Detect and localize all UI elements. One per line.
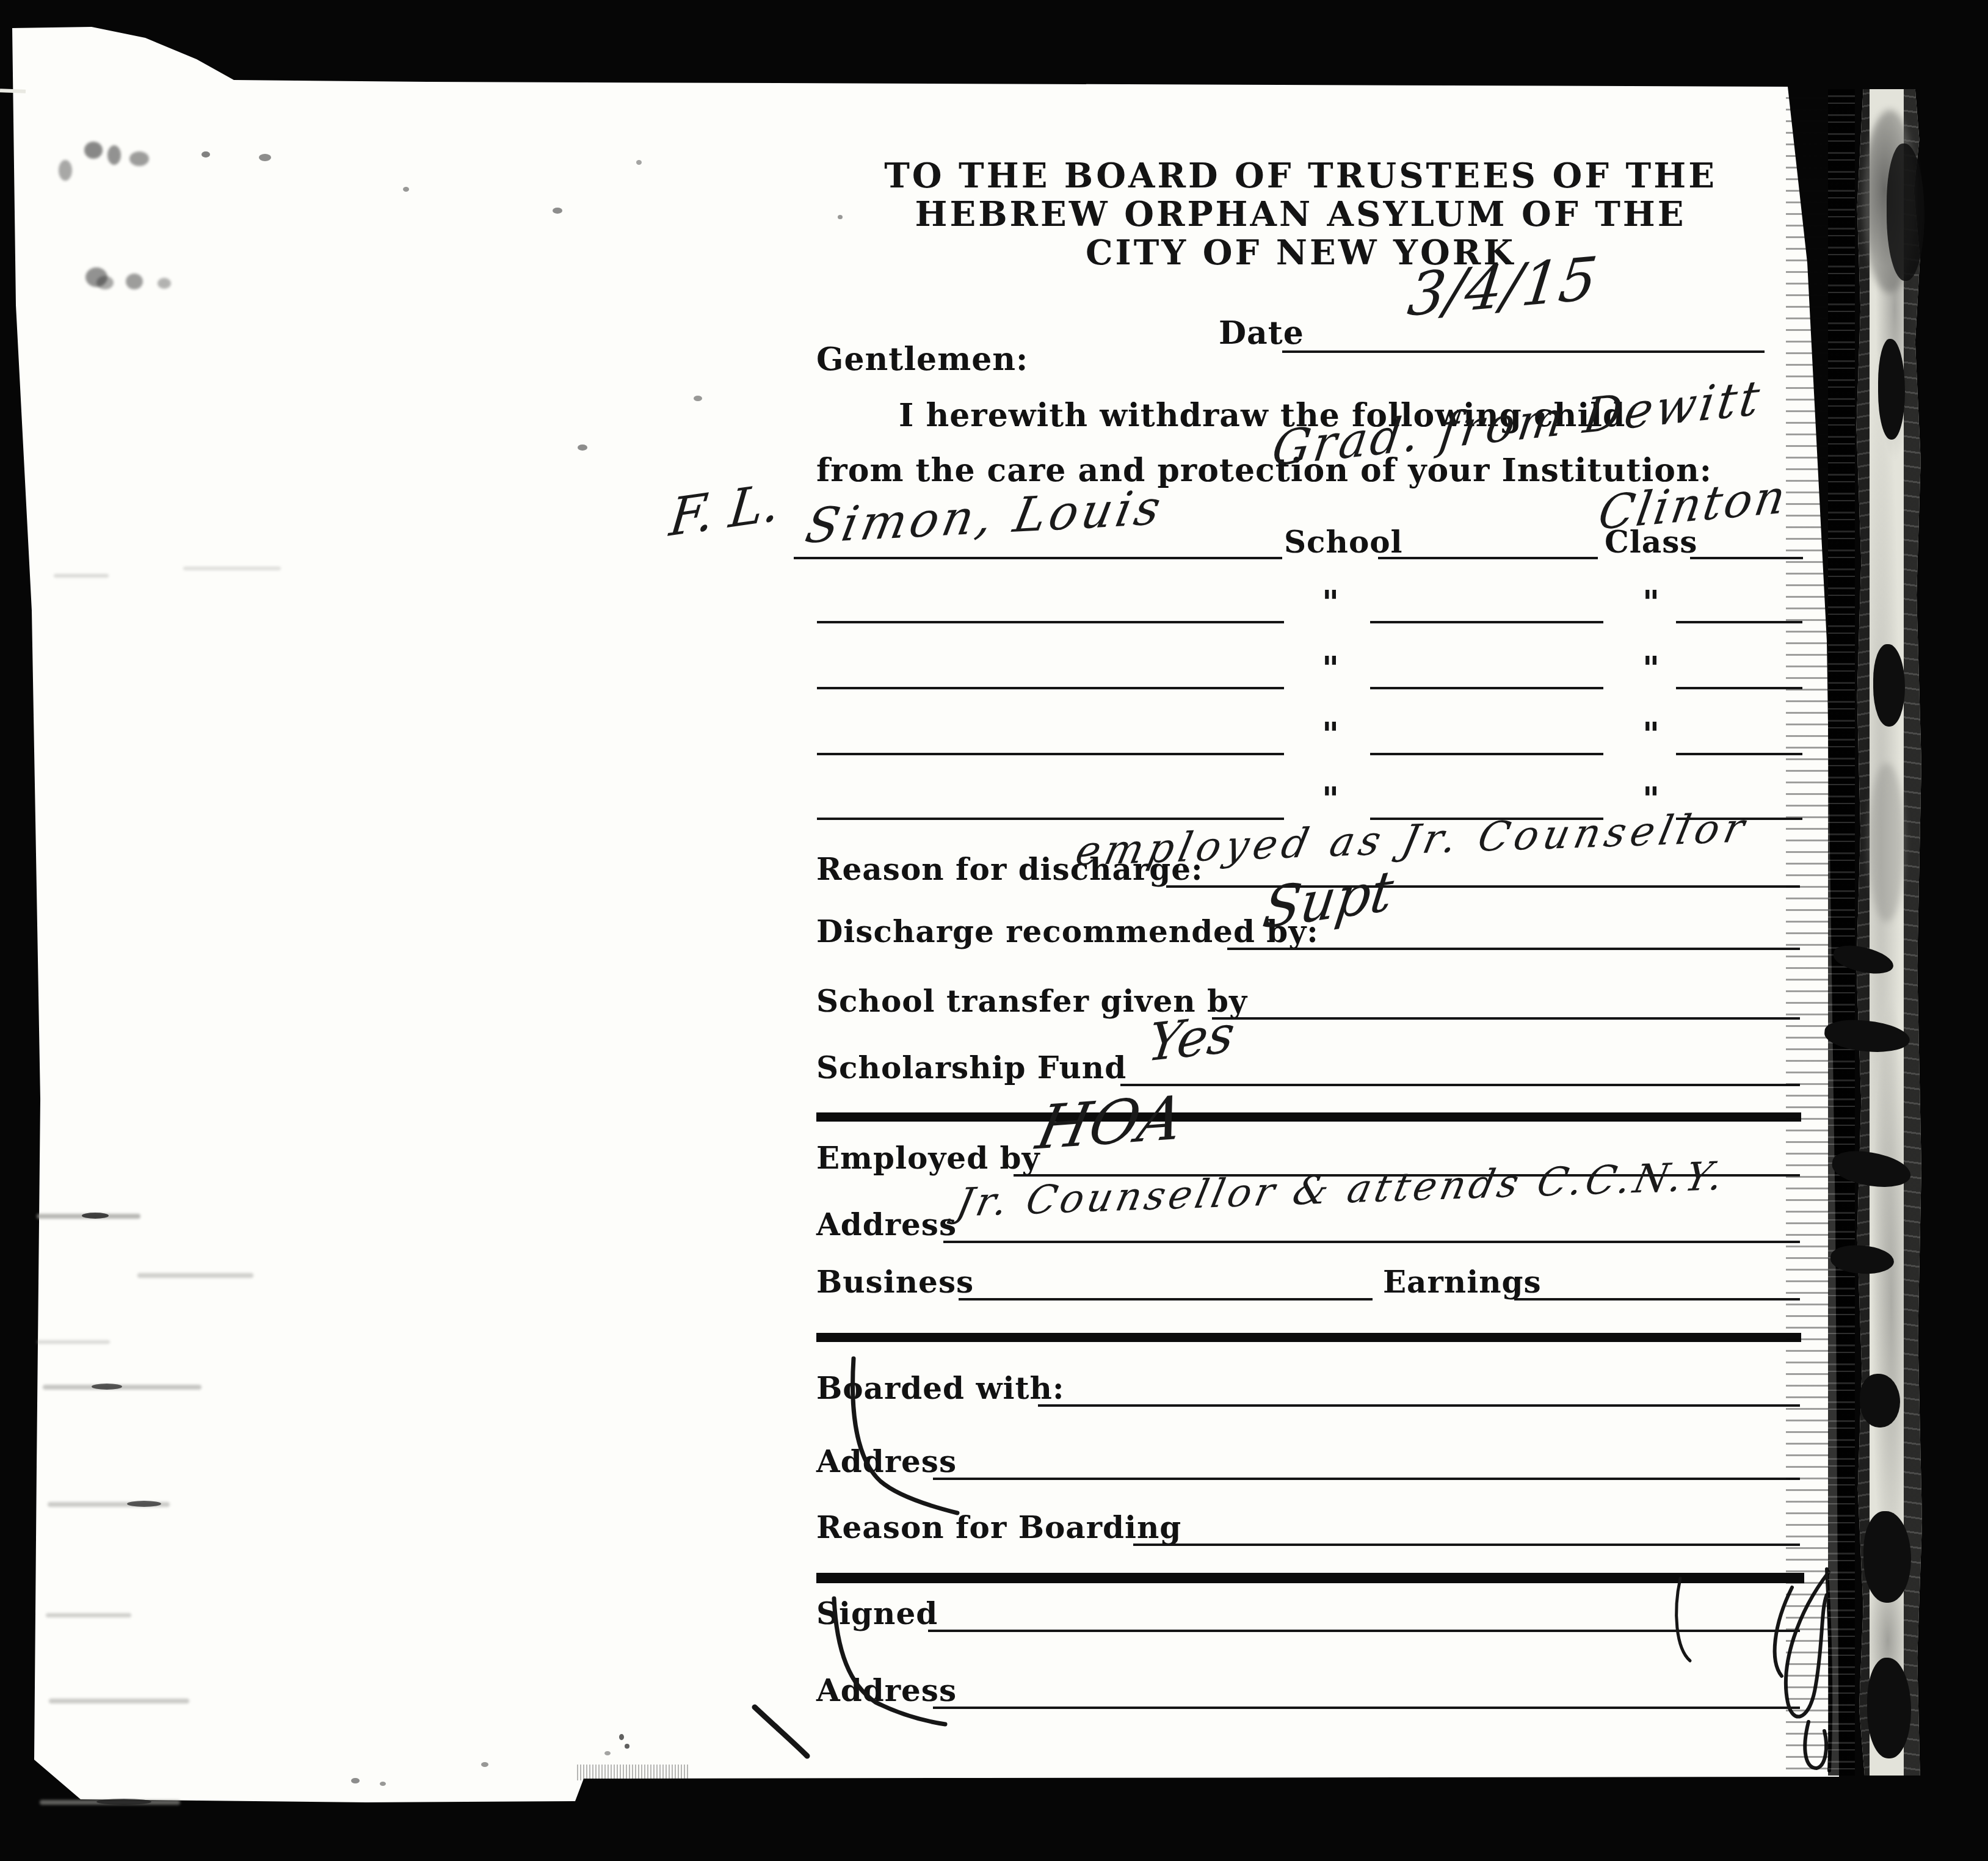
pen-stroke-signed bbox=[834, 1598, 945, 1724]
signature-flourish bbox=[1677, 1578, 1690, 1661]
pen-stroke-signed-tail bbox=[755, 1707, 807, 1756]
scanned-book-spread: TO THE BOARD OF TRUSTEES OF THE HEBREW O… bbox=[0, 0, 1988, 1861]
pen-stroke-boarded bbox=[853, 1359, 957, 1513]
binding-gap-noise bbox=[1828, 89, 1855, 1776]
pen-strokes-overlay bbox=[0, 0, 1988, 1861]
page-edge-speckle bbox=[1786, 92, 1829, 1777]
